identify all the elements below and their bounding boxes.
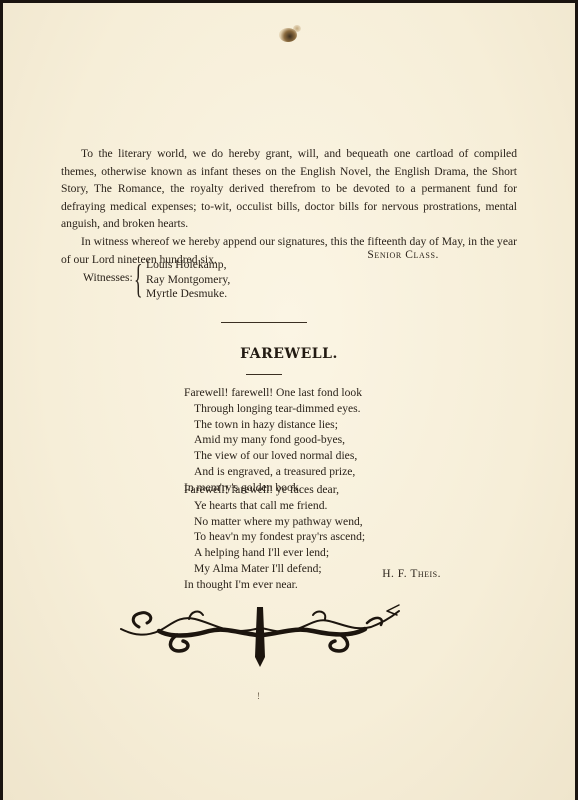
poem-line: A helping hand I'll ever lend; [184, 545, 365, 561]
poem-line: And is engraved, a treasured prize, [184, 464, 362, 480]
poem-line: Through longing tear-dimmed eyes. [184, 401, 362, 417]
page-mark: ! [257, 691, 260, 701]
poem-stanza-2: Farewell! farewell! ye faces dear,Ye hea… [184, 482, 365, 593]
poem-line: My Alma Mater I'll defend; [184, 561, 365, 577]
poem-line: To heav'n my fondest pray'rs ascend; [184, 529, 365, 545]
poem-line: Amid my many fond good-byes, [184, 432, 362, 448]
bequest-paragraph: To the literary world, we do hereby gran… [61, 145, 517, 233]
witness-paragraph: In witness whereof we hereby append our … [61, 233, 517, 268]
section-divider [221, 322, 307, 323]
scroll-vine-ornament-icon [119, 601, 401, 671]
book-page: To the literary world, we do hereby gran… [3, 3, 575, 800]
poem-line: The town in hazy distance lies; [184, 417, 362, 433]
poem-line: The view of our loved normal dies, [184, 448, 362, 464]
witness-name: Louis Holekamp, [146, 258, 230, 273]
poem-author: H. F. Theis. [382, 568, 441, 580]
poem-stanza-1: Farewell! farewell! One last fond lookTh… [184, 385, 362, 496]
poem-line: Farewell! farewell! One last fond look [184, 385, 362, 401]
bequest-text: To the literary world, we do hereby gran… [61, 145, 517, 268]
poem-title: FAREWELL. [3, 346, 575, 362]
poem-line: Ye hearts that call me friend. [184, 498, 365, 514]
poem-line: No matter where my pathway wend, [184, 514, 365, 530]
poem-line: In thought I'm ever near. [184, 577, 365, 593]
poem-line: Farewell! farewell! ye faces dear, [184, 482, 365, 498]
signature-senior-class: Senior Class. [367, 249, 439, 261]
witness-name: Myrtle Desmuke. [146, 287, 230, 302]
ink-stain [293, 25, 301, 32]
brace-icon: { [134, 259, 143, 299]
witness-list: Louis Holekamp, Ray Montgomery, Myrtle D… [146, 258, 230, 302]
witness-name: Ray Montgomery, [146, 273, 230, 288]
witness-label: Witnesses: [83, 271, 133, 284]
title-underline [246, 374, 282, 375]
